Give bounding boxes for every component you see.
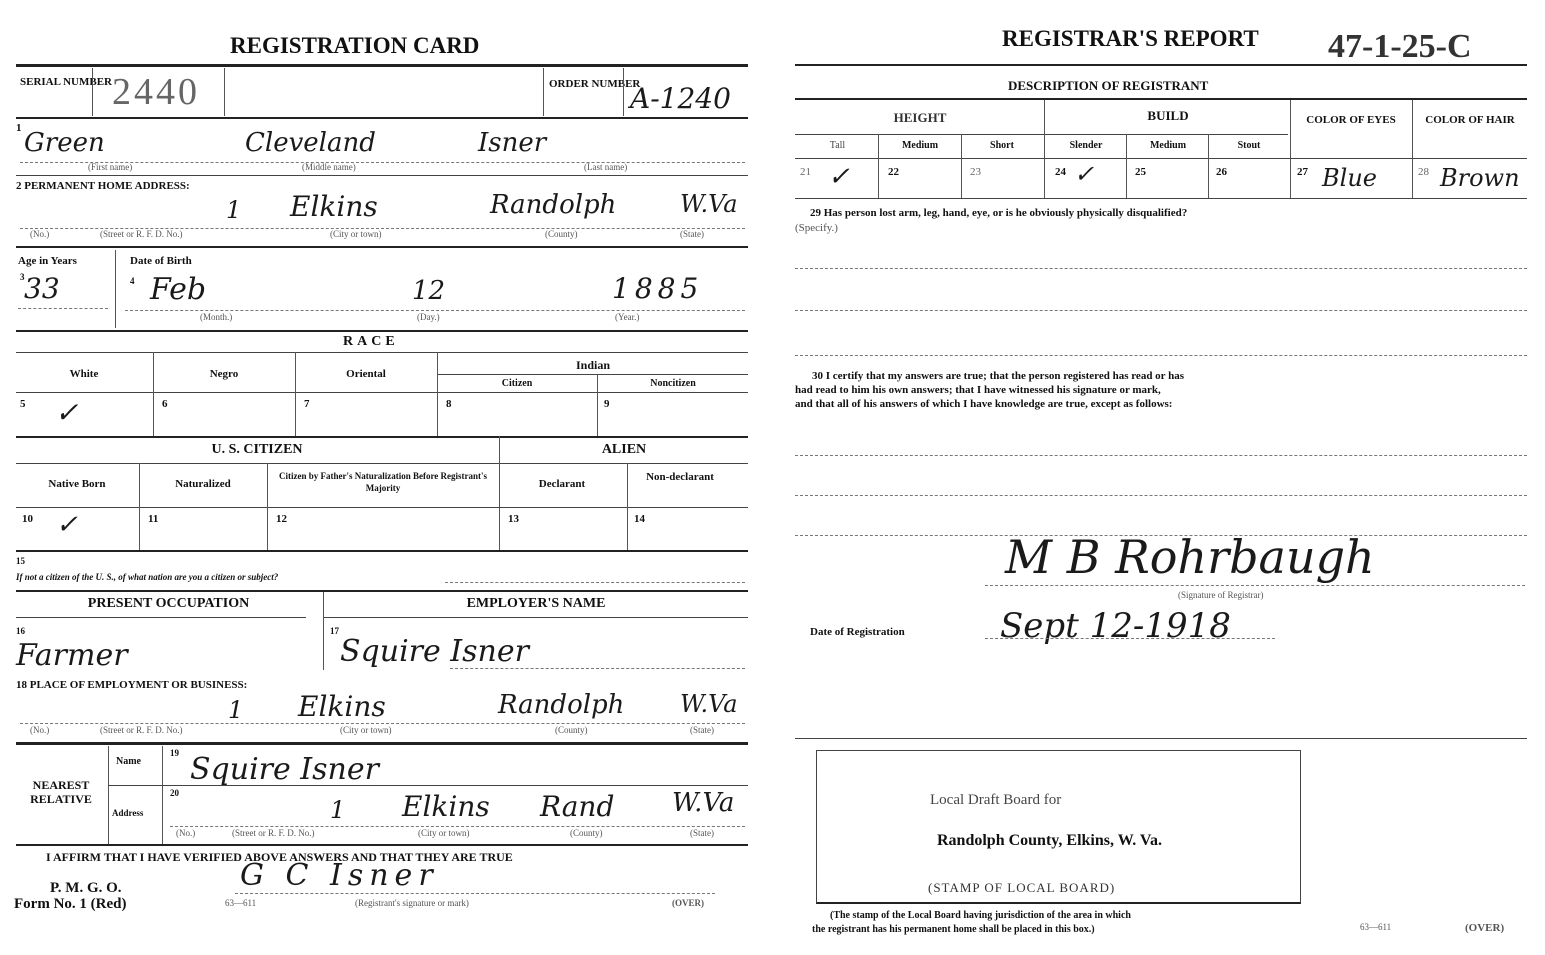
field-number: 13: [508, 513, 519, 525]
alien-col-declarant: Declarant: [500, 478, 624, 490]
field-number: 21: [800, 166, 811, 178]
citizen-col-naturalized: Naturalized: [140, 478, 266, 490]
employer-value: Squire Isner: [340, 634, 529, 669]
nation-question: If not a citizen of the U. S., of what n…: [16, 572, 278, 582]
race-white-check: ✓: [55, 396, 78, 429]
home-address-label: 2 PERMANENT HOME ADDRESS:: [16, 180, 190, 192]
caption-month: (Month.): [200, 312, 232, 322]
race-col-indian: Indian: [438, 358, 748, 373]
field-number: 12: [276, 513, 287, 525]
caption-no: (No.): [176, 828, 195, 838]
first-name-caption: (First name): [88, 162, 132, 172]
build-col-slender: Slender: [1046, 140, 1126, 151]
height-tall-check: ✓: [828, 162, 850, 192]
print-code: 63—611: [225, 898, 256, 908]
eye-color-label: COLOR OF EYES: [1292, 114, 1410, 126]
dob-year: 1885: [612, 272, 703, 305]
home-address-state: W.Va: [680, 190, 738, 218]
card-title: REGISTRATION CARD: [230, 33, 479, 59]
field-number: 10: [22, 513, 33, 525]
age-label: Age in Years: [18, 255, 77, 267]
caption-county: (County): [570, 828, 603, 838]
field-number: 20: [170, 788, 179, 798]
build-col-medium: Medium: [1128, 140, 1208, 151]
field-number: 25: [1135, 166, 1146, 178]
last-name-caption: (Last name): [584, 162, 627, 172]
home-address-no: 1: [226, 196, 241, 224]
field-number: 23: [970, 166, 981, 178]
form-id-number: Form No. 1 (Red): [14, 896, 126, 913]
field-number: 7: [304, 398, 310, 410]
field-number: 28: [1418, 166, 1429, 178]
stamp-line-2: Randolph County, Elkins, W. Va.: [937, 832, 1162, 850]
citizen-col-fathers-naturalization: Citizen by Father's Naturalization Befor…: [272, 470, 494, 494]
caption-county: (County): [545, 229, 578, 239]
employment-state: W.Va: [680, 690, 738, 718]
height-col-short: Short: [962, 140, 1042, 151]
height-col-medium: Medium: [880, 140, 960, 151]
race-col-negro: Negro: [154, 368, 294, 380]
certify-line-2: had read to him his own answers; that I …: [795, 384, 1161, 396]
field-number: 16: [16, 626, 25, 636]
caption-street: (Street or R. F. D. No.): [100, 229, 183, 239]
print-code: 63—611: [1360, 922, 1391, 932]
alien-title: ALIEN: [500, 442, 748, 458]
date-of-registration-value: Sept 12-1918: [1000, 606, 1231, 646]
relative-address-city: Elkins: [402, 790, 490, 823]
field-number: 4: [130, 276, 135, 286]
race-col-white: White: [16, 368, 152, 380]
alien-col-nondeclarant: Non-declarant: [640, 470, 720, 484]
relative-name-label: Name: [116, 756, 141, 767]
caption-state: (State): [680, 229, 704, 239]
caption-street: (Street or R. F. D. No.): [232, 828, 315, 838]
stamp-caption: (STAMP OF LOCAL BOARD): [928, 880, 1115, 896]
middle-name-caption: (Middle name): [302, 162, 356, 172]
occupation-value: Farmer: [16, 638, 128, 673]
relative-name-value: Squire Isner: [190, 752, 379, 787]
field-number: 15: [16, 556, 25, 566]
field-number: 1: [16, 122, 22, 134]
employment-no: 1: [228, 696, 243, 724]
over-label: (OVER): [672, 898, 704, 908]
hair-color-label: COLOR OF HAIR: [1414, 114, 1526, 126]
height-col-tall: Tall: [800, 140, 875, 151]
build-label: BUILD: [1048, 108, 1288, 124]
employment-city: Elkins: [298, 690, 386, 723]
registrar-signature: M B Rohrbaugh: [1005, 530, 1375, 584]
form-id-pmgo: P. M. G. O.: [50, 880, 122, 897]
race-title: RACE: [343, 334, 399, 350]
home-address-city: Elkins: [290, 190, 378, 223]
race-col-indian-noncitizen: Noncitizen: [598, 378, 748, 389]
dob-label: Date of Birth: [130, 255, 192, 267]
stamp-note-line-2: the registrant has his permanent home sh…: [812, 924, 1095, 935]
employer-label: EMPLOYER'S NAME: [324, 596, 748, 612]
occupation-label: PRESENT OCCUPATION: [16, 596, 321, 612]
height-label: HEIGHT: [800, 110, 1040, 126]
specify-label: (Specify.): [795, 222, 838, 234]
field-number: 6: [162, 398, 168, 410]
field-number: 14: [634, 513, 645, 525]
home-address-county: Randolph: [490, 190, 616, 220]
employment-county: Randolph: [498, 690, 624, 720]
serial-number-label: SERIAL NUMBER: [20, 76, 88, 88]
native-born-check: ✓: [56, 510, 78, 540]
field-number: 9: [604, 398, 610, 410]
order-number-value: A-1240: [630, 82, 731, 115]
registrant-signature: G C Isner: [240, 858, 439, 893]
caption-city: (City or town): [418, 828, 470, 838]
caption-no: (No.): [30, 229, 49, 239]
age-value: 33: [24, 272, 60, 305]
field-number: 17: [330, 626, 339, 636]
last-name-value: Isner: [478, 128, 546, 158]
race-col-indian-citizen: Citizen: [438, 378, 596, 389]
first-name-value: Green: [24, 128, 105, 158]
nearest-relative-label: NEAREST RELATIVE: [16, 778, 106, 806]
caption-street: (Street or R. F. D. No.): [100, 725, 183, 735]
relative-address-no: 1: [330, 796, 345, 824]
registrar-signature-caption: (Signature of Registrar): [1178, 590, 1263, 600]
dob-month: Feb: [150, 272, 206, 307]
caption-county: (County): [555, 725, 588, 735]
caption-city: (City or town): [330, 229, 382, 239]
stamp-note-line-1: (The stamp of the Local Board having jur…: [830, 910, 1131, 921]
caption-no: (No.): [30, 725, 49, 735]
relative-address-label: Address: [112, 808, 143, 818]
over-label: (OVER): [1465, 922, 1504, 934]
place-of-employment-label: 18 PLACE OF EMPLOYMENT OR BUSINESS:: [16, 679, 247, 691]
field-number: 26: [1216, 166, 1227, 178]
race-col-oriental: Oriental: [296, 368, 436, 380]
field-number: 8: [446, 398, 452, 410]
relative-address-county: Rand: [540, 790, 614, 823]
dob-day: 12: [412, 276, 445, 306]
report-title: REGISTRAR'S REPORT: [1002, 26, 1259, 52]
eye-color-value: Blue: [1322, 164, 1377, 192]
citizen-col-native-born: Native Born: [16, 478, 138, 490]
caption-day: (Day.): [417, 312, 440, 322]
certify-line-1: 30 I certify that my answers are true; t…: [812, 370, 1184, 382]
field-number: 19: [170, 748, 179, 758]
certify-line-3: and that all of his answers of which I h…: [795, 398, 1172, 410]
serial-number-value: 2440: [112, 70, 200, 114]
build-slender-check: ✓: [1074, 160, 1094, 188]
us-citizen-title: U. S. CITIZEN: [16, 442, 498, 458]
stamp-code: 47-1-25-C: [1328, 28, 1472, 66]
caption-city: (City or town): [340, 725, 392, 735]
middle-name-value: Cleveland: [245, 128, 376, 158]
registrant-signature-caption: (Registrant's signature or mark): [355, 898, 469, 908]
build-col-stout: Stout: [1210, 140, 1288, 151]
disqualification-question: 29 Has person lost arm, leg, hand, eye, …: [810, 207, 1187, 219]
description-title: DESCRIPTION OF REGISTRANT: [1008, 78, 1208, 94]
caption-year: (Year.): [615, 312, 639, 322]
field-number: 22: [888, 166, 899, 178]
field-number: 11: [148, 513, 158, 525]
caption-state: (State): [690, 725, 714, 735]
field-number: 24: [1055, 166, 1066, 178]
relative-address-state: W.Va: [672, 788, 734, 818]
hair-color-value: Brown: [1440, 164, 1520, 192]
date-of-registration-label: Date of Registration: [810, 626, 905, 638]
field-number: 5: [20, 398, 26, 410]
order-number-label: ORDER NUMBER: [549, 78, 619, 90]
stamp-line-1: Local Draft Board for: [930, 792, 1061, 809]
field-number: 27: [1297, 166, 1308, 178]
caption-state: (State): [690, 828, 714, 838]
